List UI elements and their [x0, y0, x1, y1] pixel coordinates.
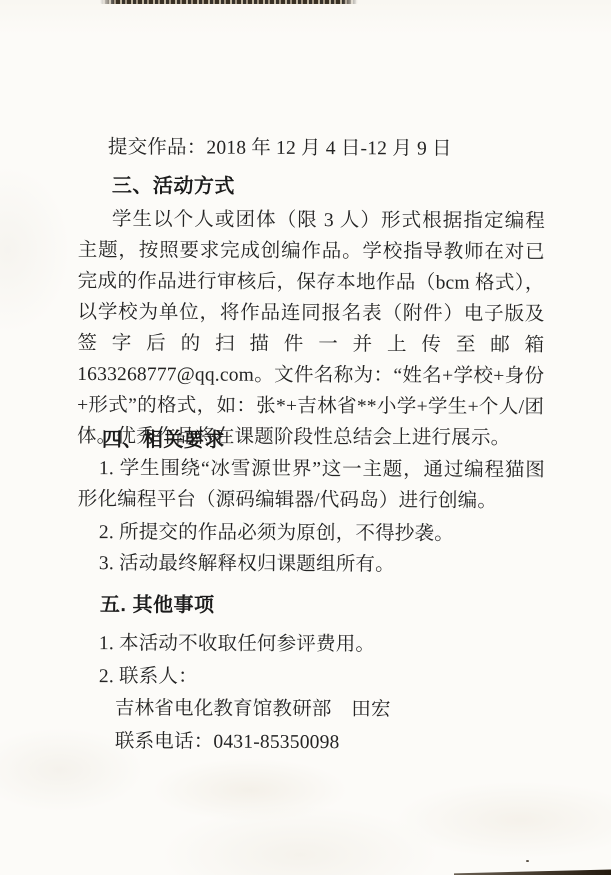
contact-phone-line: 联系电话：0431-85350098 — [78, 726, 545, 759]
requirement-item-3: 3. 活动最终解释权归课题组所有。 — [78, 548, 545, 581]
other-matters-item-1: 1. 本活动不收取任何参评费用。 — [78, 628, 545, 661]
scan-artifact-dot — [526, 860, 529, 862]
requirement-item-2: 2. 所提交的作品必须为原创，不得抄袭。 — [78, 517, 545, 550]
other-matters-item-2: 2. 联系人： — [78, 661, 545, 694]
scanned-document-page: 提交作品：2018 年 12 月 4 日-12 月 9 日 三、活动方式 学生以… — [0, 0, 611, 875]
submission-period-line: 提交作品：2018 年 12 月 4 日-12 月 9 日 — [78, 132, 545, 165]
section-heading-activity-method: 三、活动方式 — [78, 171, 545, 204]
scan-artifact-bottom-corner — [454, 869, 611, 875]
section-heading-other-matters: 五. 其他事项 — [78, 590, 545, 623]
requirement-item-1: 1. 学生围绕“冰雪源世界”这一主题，通过编程猫图形化编程平台（源码编辑器/代码… — [78, 453, 545, 517]
contact-organization-line: 吉林省电化教育馆教研部 田宏 — [78, 693, 545, 726]
scan-artifact-top-edge — [100, 0, 358, 4]
paragraph-activity-method: 学生以个人或团体（限 3 人）形式根据指定编程主题，按照要求完成创编作品。学校指… — [77, 204, 545, 454]
